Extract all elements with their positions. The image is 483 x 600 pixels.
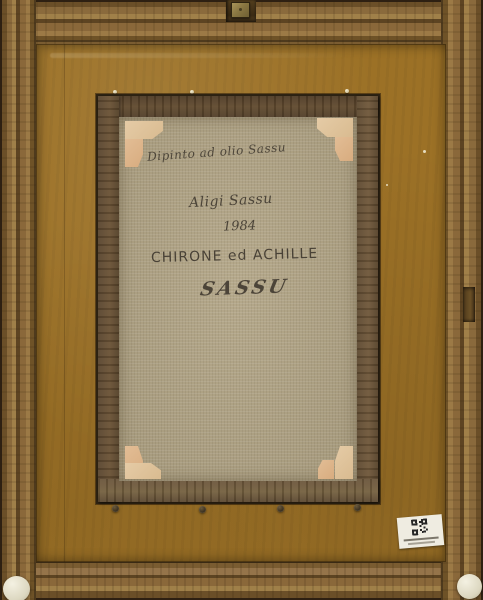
hanging-bracket-icon	[231, 2, 250, 18]
screw	[277, 505, 284, 512]
stretcher-bar-bottom	[98, 479, 378, 502]
stretcher-bar-right	[357, 96, 378, 502]
scuff-mark	[50, 53, 350, 58]
felt-bumper-right	[457, 574, 482, 599]
inscription-year: 1984	[223, 218, 257, 234]
hanger-notch	[226, 0, 256, 22]
frame-edge-left	[0, 0, 36, 600]
label-text-line	[408, 541, 435, 545]
frame-edge-right	[441, 0, 483, 600]
inventory-label	[397, 514, 445, 549]
stretcher-bar-top	[98, 96, 378, 117]
inscription-surname: SASSU	[198, 275, 290, 300]
canvas-back: Dipinto ad olio Sassu Aligi Sassu 1984 C…	[119, 117, 357, 481]
frame-edge-bottom	[0, 560, 483, 600]
board-crease	[64, 44, 65, 562]
stretcher-bar-left	[98, 96, 119, 502]
inscription-artist-signature: Aligi Sassu	[189, 191, 274, 211]
inscription-technique: Dipinto ad olio Sassu	[147, 140, 287, 164]
qr-code-icon	[411, 518, 428, 535]
inscription-title: CHIRONE ed ACHILLE	[151, 246, 318, 266]
nail	[345, 89, 349, 93]
frame-joint-notch-right	[463, 287, 475, 322]
stretcher-window: Dipinto ad olio Sassu Aligi Sassu 1984 C…	[96, 94, 380, 504]
screw	[112, 505, 119, 512]
paint-speck	[386, 184, 388, 186]
screw	[199, 506, 206, 513]
paint-speck	[423, 150, 426, 153]
screw	[354, 504, 361, 511]
backing-board: Dipinto ad olio Sassu Aligi Sassu 1984 C…	[36, 44, 446, 562]
felt-bumper-left	[3, 576, 30, 600]
framed-painting-back: Dipinto ad olio Sassu Aligi Sassu 1984 C…	[0, 0, 483, 600]
bracket-screw	[239, 8, 242, 11]
